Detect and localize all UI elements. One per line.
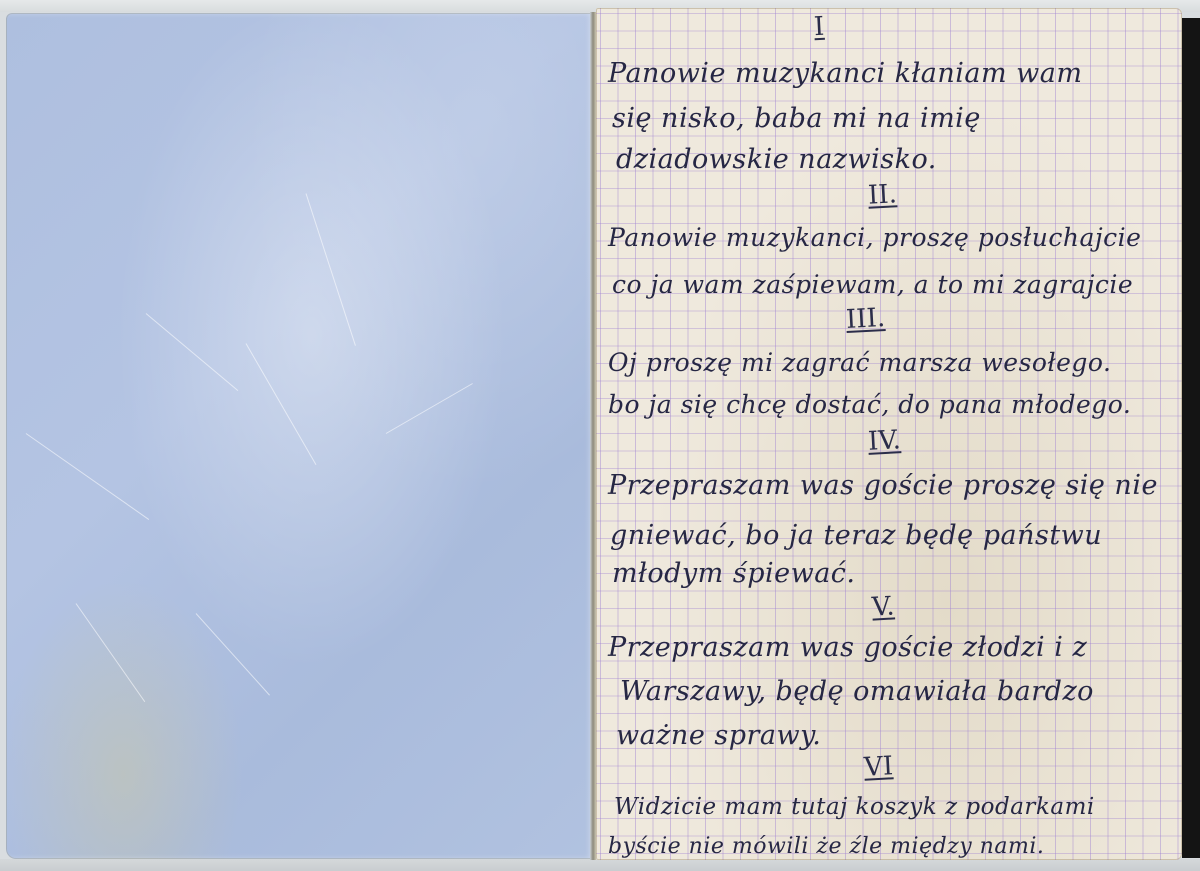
verse-line: bo ja się chcę dostać, do pana młodego.	[608, 390, 1131, 419]
verse-line: młodym śpiewać.	[612, 558, 856, 589]
verse-line: Warszawy, będę omawiała bardzo	[620, 676, 1094, 707]
verse-line: Oj proszę mi zagrać marsza wesołego.	[608, 348, 1111, 377]
paper-crease	[196, 613, 270, 695]
paper-crease	[246, 343, 317, 465]
verse-number: II.	[867, 179, 897, 210]
paper-crease	[386, 383, 473, 434]
verse-number: I	[813, 12, 825, 42]
scanner-background-bottom	[0, 859, 1200, 871]
verse-line: ważne sprawy.	[616, 720, 821, 751]
paper-crease	[146, 313, 239, 391]
paper-crease	[26, 433, 149, 520]
verse-line: Panowie muzykanci kłaniam wam	[608, 58, 1083, 89]
verse-line: się nisko, baba mi na imię	[612, 103, 981, 134]
verse-line: Widzicie mam tutaj koszyk z podarkami	[614, 794, 1095, 820]
scanner-dark-edge	[1182, 18, 1200, 858]
verse-line: Panowie muzykanci, proszę posłuchajcie	[608, 223, 1141, 252]
left-page-blue-cover	[6, 13, 594, 859]
right-page-grid-paper: I Panowie muzykanci kłaniam wam się nisk…	[596, 8, 1182, 860]
verse-number: III.	[845, 303, 886, 335]
verse-line: Przepraszam was goście złodzi i z	[608, 632, 1087, 663]
verse-line: gniewać, bo ja teraz będę państwu	[610, 520, 1102, 551]
paper-crease	[76, 603, 146, 702]
verse-line: dziadowskie nazwisko.	[616, 144, 937, 175]
verse-line: co ja wam zaśpiewam, a to mi zagrajcie	[612, 270, 1133, 299]
verse-line: Przepraszam was goście proszę się nie	[608, 470, 1158, 501]
paper-crease	[306, 193, 356, 345]
verse-line: byście nie mówili że źle między nami.	[608, 834, 1044, 859]
verse-number: IV.	[867, 425, 901, 457]
verse-number: VI	[863, 751, 894, 782]
verse-number: V.	[871, 591, 895, 622]
